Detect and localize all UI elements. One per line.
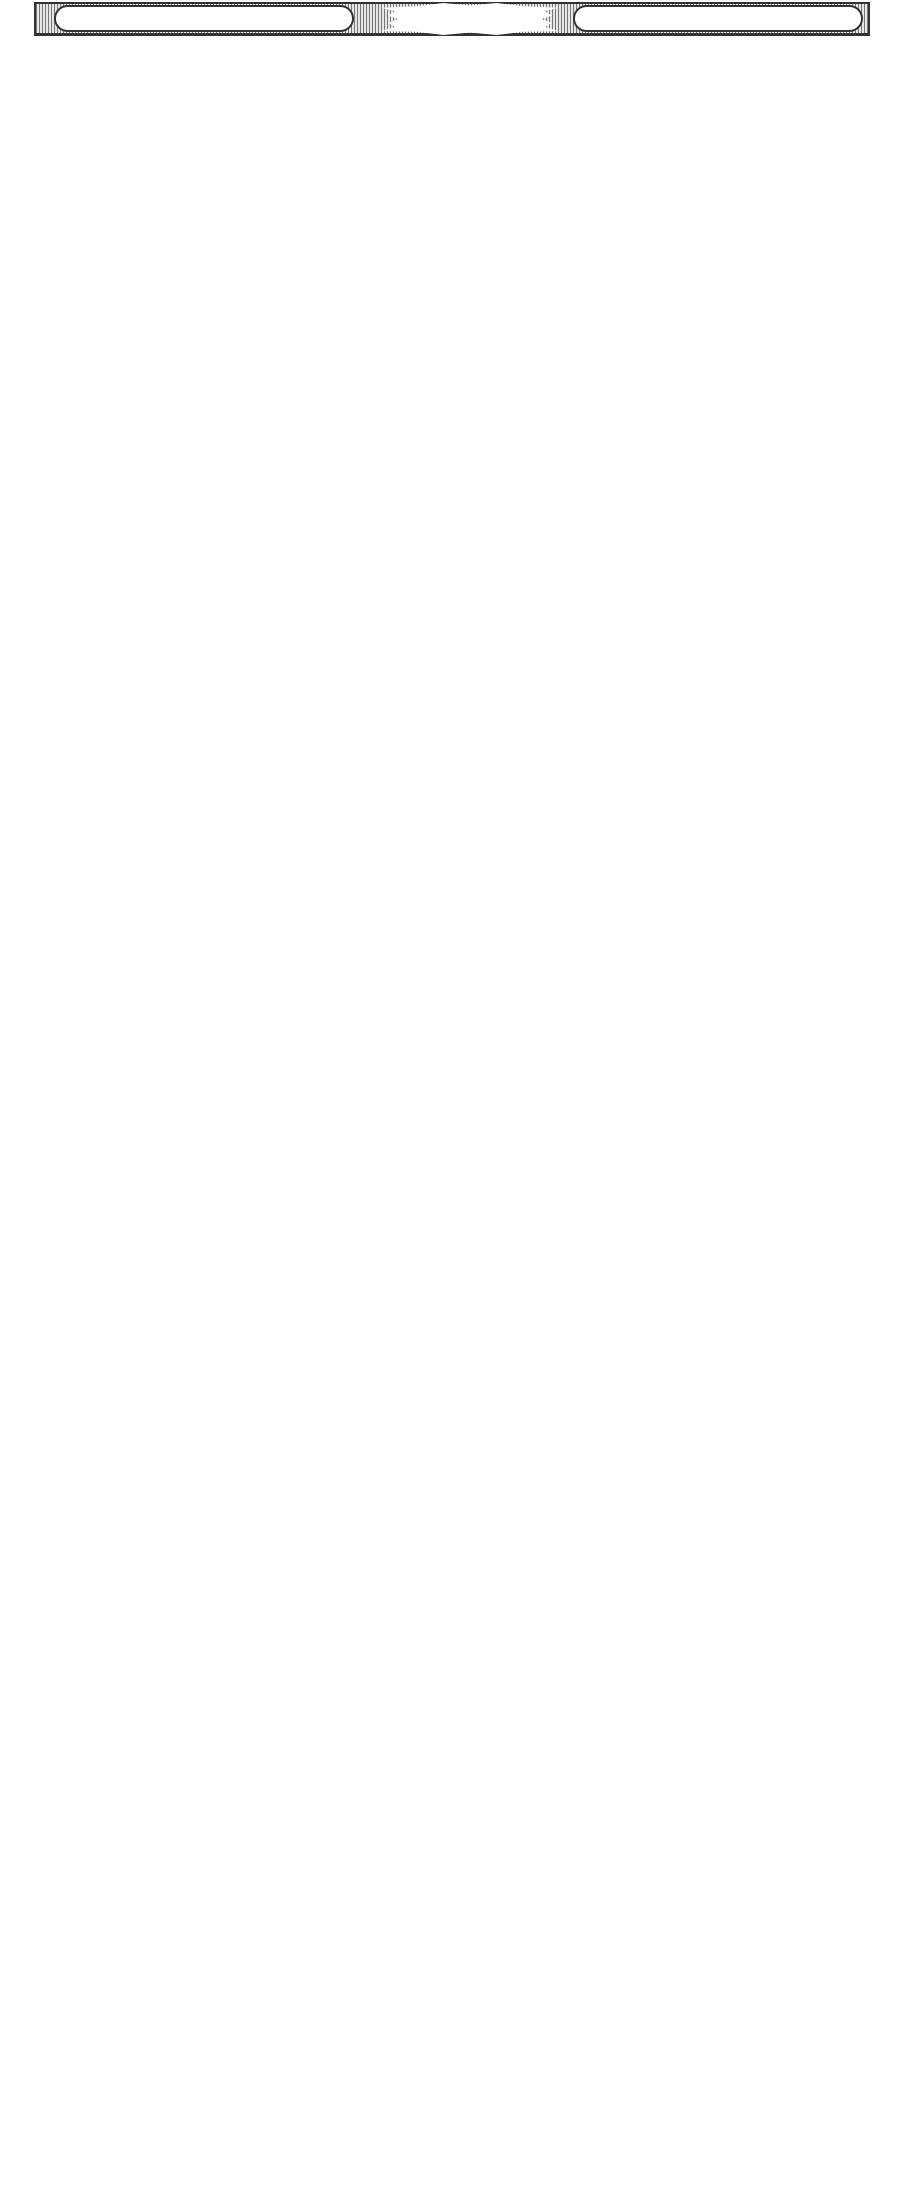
header-banner [34, 2, 870, 36]
edition-label [54, 5, 354, 32]
exam-label [573, 5, 863, 32]
burst-shape [381, 3, 559, 35]
